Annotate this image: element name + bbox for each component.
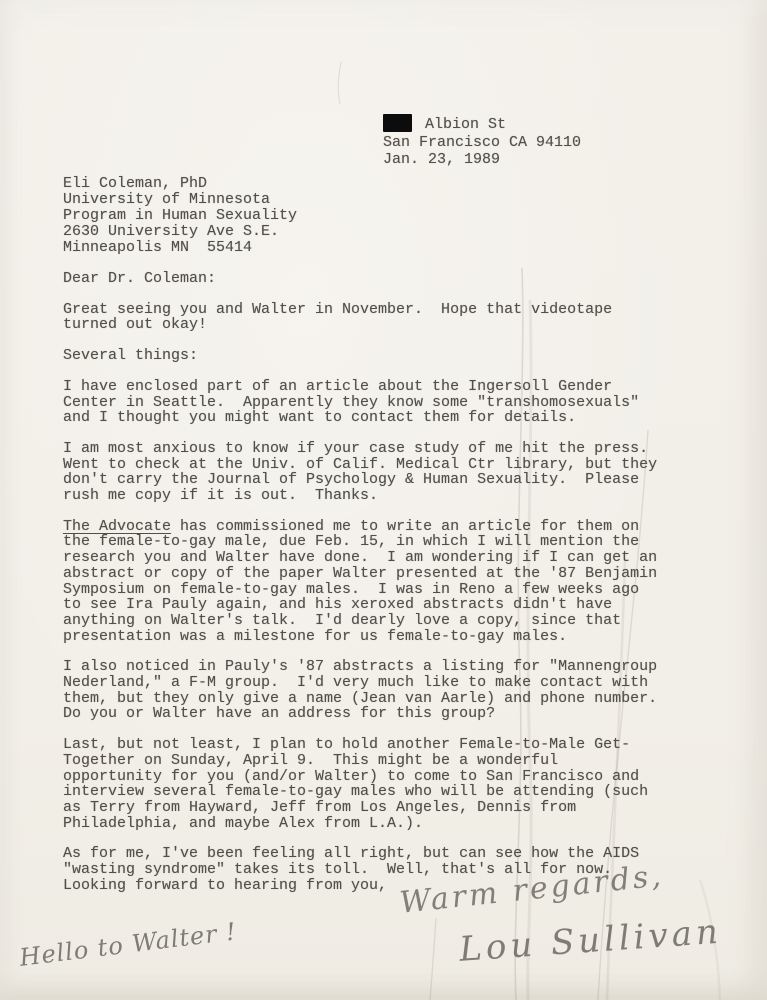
postscript-handwritten: Hello to Walter ! — [18, 917, 238, 971]
sender-street: Albion St — [425, 116, 506, 133]
recipient-line: Minneapolis MN 55414 — [63, 240, 703, 256]
sender-street-line: Albion St — [383, 114, 581, 134]
paragraph-line: and I thought you might want to contact … — [63, 410, 703, 426]
paragraph-line: Do you or Walter have an address for thi… — [63, 706, 703, 722]
paragraph-line: Philadelphia, and maybe Alex from L.A.). — [63, 816, 703, 832]
paragraph: Great seeing you and Walter in November.… — [63, 302, 703, 333]
recipient-line: Eli Coleman, PhD — [63, 176, 703, 192]
paragraph-line: I am most anxious to know if your case s… — [63, 441, 703, 457]
salutation: Dear Dr. Coleman: — [63, 271, 703, 287]
paragraph-line: turned out okay! — [63, 317, 703, 333]
redacted-street-number — [383, 114, 412, 132]
paragraph-line: opportunity for you (and/or Walter) to c… — [63, 769, 703, 785]
paragraph: Last, but not least, I plan to hold anot… — [63, 737, 703, 831]
letter-date: Jan. 23, 1989 — [383, 151, 581, 169]
letter-page: Albion St San Francisco CA 94110 Jan. 23… — [0, 0, 767, 1000]
paragraph: The Advocate has commissioned me to writ… — [63, 519, 703, 645]
recipient-line: Program in Human Sexuality — [63, 208, 703, 224]
recipient-line: 2630 University Ave S.E. — [63, 224, 703, 240]
sender-city-line: San Francisco CA 94110 — [383, 134, 581, 152]
paragraph-line: Last, but not least, I plan to hold anot… — [63, 737, 703, 753]
sender-block: Albion St San Francisco CA 94110 Jan. 23… — [383, 114, 581, 169]
paragraph-line: As for me, I've been feeling all right, … — [63, 846, 703, 862]
paragraph-line: the female-to-gay male, due Feb. 15, in … — [63, 534, 703, 550]
paragraph: I also noticed in Pauly's '87 abstracts … — [63, 659, 703, 722]
recipient-line: University of Minnesota — [63, 192, 703, 208]
paragraph-line: as Terry from Hayward, Jeff from Los Ang… — [63, 800, 703, 816]
paragraph-line: Symposium on female-to-gay males. I was … — [63, 582, 703, 598]
letter-body: Great seeing you and Walter in November.… — [63, 302, 703, 894]
paragraph-line: Several things: — [63, 348, 703, 364]
paragraph-line: don't carry the Journal of Psychology & … — [63, 472, 703, 488]
paragraph-line: Center in Seattle. Apparently they know … — [63, 395, 703, 411]
signature-handwritten: Lou Sullivan — [458, 912, 723, 970]
paragraph-line: Went to check at the Univ. of Calif. Med… — [63, 457, 703, 473]
paragraph: Several things: — [63, 348, 703, 364]
paragraph-line: I also noticed in Pauly's '87 abstracts … — [63, 659, 703, 675]
paragraph-line: presentation was a milestone for us fema… — [63, 629, 703, 645]
paragraph-line: anything on Walter's talk. I'd dearly lo… — [63, 613, 703, 629]
paragraph: I am most anxious to know if your case s… — [63, 441, 703, 504]
recipient-block: Eli Coleman, PhDUniversity of MinnesotaP… — [63, 176, 703, 256]
paragraph-line: interview several female-to-gay males wh… — [63, 784, 703, 800]
paragraph: I have enclosed part of an article about… — [63, 379, 703, 426]
paragraph-line: research you and Walter have done. I am … — [63, 550, 703, 566]
paragraph-line: to see Ira Pauly again, and his xeroxed … — [63, 597, 703, 613]
paragraph-line: rush me copy if it is out. Thanks. — [63, 488, 703, 504]
paragraph-line: abstract or copy of the paper Walter pre… — [63, 566, 703, 582]
paragraph-line: I have enclosed part of an article about… — [63, 379, 703, 395]
paragraph-line: Nederland," a F-M group. I'd very much l… — [63, 675, 703, 691]
paragraph-line: Together on Sunday, April 9. This might … — [63, 753, 703, 769]
